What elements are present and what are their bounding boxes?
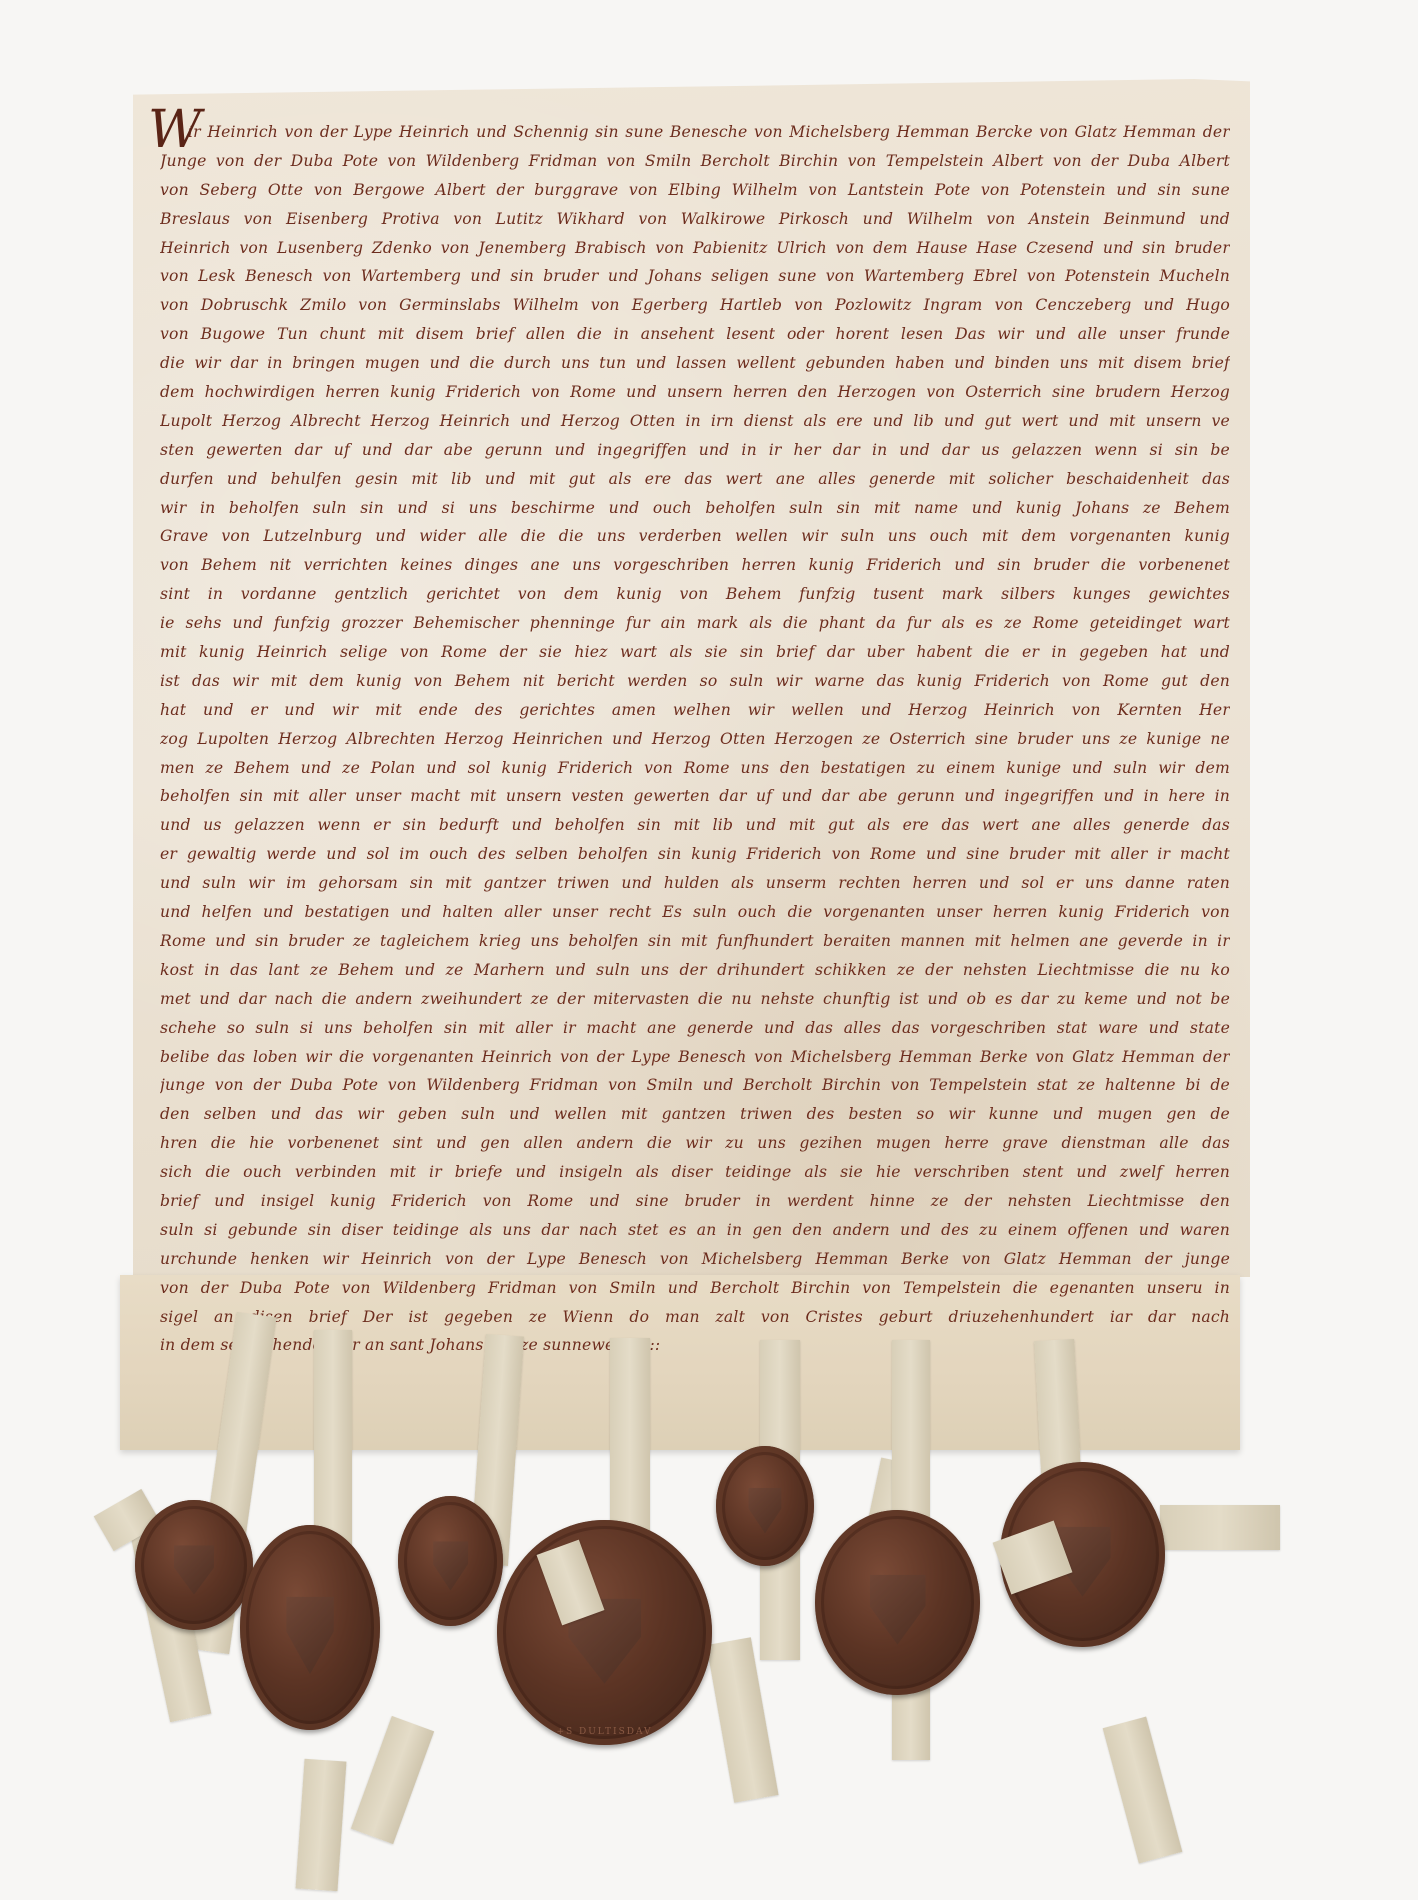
text-line: und helfen und bestatigen und halten all…	[160, 898, 1230, 927]
text-line: den selben und das wir geben suln und we…	[160, 1100, 1230, 1129]
text-line: kost in das lant ze Behem und ze Marhern…	[160, 956, 1230, 985]
text-line: er gewaltig werde und sol im ouch des se…	[160, 840, 1230, 869]
wax-seal-6	[815, 1510, 980, 1695]
text-line: die wir dar in bringen mugen und die dur…	[160, 349, 1230, 378]
text-line: sigel an disen brief Der ist gegeben ze …	[160, 1303, 1230, 1332]
text-line: hat und er und wir mit ende des gerichte…	[160, 696, 1230, 725]
seal-emblem-icon	[433, 1541, 469, 1590]
text-line: Breslaus von Eisenberg Protiva von Lutit…	[160, 205, 1230, 234]
text-line: Heinrich von Lusenberg Zdenko von Jenemb…	[160, 234, 1230, 263]
wax-seal-4: +S DULTISDAV	[497, 1520, 712, 1745]
text-line: ist das wir mit dem kunig von Behem nit …	[160, 667, 1230, 696]
text-line: met und dar nach die andern zweihundert …	[160, 985, 1230, 1014]
text-line: ie sehs und funfzig grozzer Behemischer …	[160, 609, 1230, 638]
text-line: sten gewerten dar uf und dar abe gerunn …	[160, 436, 1230, 465]
text-line: von Seberg Otte von Bergowe Albert der b…	[160, 176, 1230, 205]
text-line: beholfen sin mit aller unser macht mit u…	[160, 782, 1230, 811]
text-line: suln si gebunde sin diser teidinge als u…	[160, 1216, 1230, 1245]
decorated-initial: W	[148, 104, 201, 156]
seal-emblem-icon	[869, 1574, 925, 1644]
wax-seal-2	[240, 1525, 380, 1730]
text-line: von der Duba Pote von Wildenberg Fridman…	[160, 1274, 1230, 1303]
wax-seal-3	[398, 1496, 503, 1626]
text-line: Rome und sin bruder ze tagleichem krieg …	[160, 927, 1230, 956]
text-line: wir in beholfen suln sin und si uns besc…	[160, 494, 1230, 523]
wax-seal-5	[716, 1446, 814, 1566]
seal-emblem-icon	[174, 1545, 214, 1594]
text-line: urchunde henken wir Heinrich von der Lyp…	[160, 1245, 1230, 1274]
text-line: Junge von der Duba Pote von Wildenberg F…	[160, 147, 1230, 176]
text-line: und us gelazzen wenn er sin bedurft und …	[160, 811, 1230, 840]
text-line: brief und insigel kunig Friderich von Ro…	[160, 1187, 1230, 1216]
text-line: von Bugowe Tun chunt mit disem brief all…	[160, 320, 1230, 349]
seal-strip	[1160, 1505, 1280, 1550]
text-line: von Lesk Benesch von Wartemberg und sin …	[160, 262, 1230, 291]
text-line: sich die ouch verbinden mit ir briefe un…	[160, 1158, 1230, 1187]
text-line: belibe das loben wir die vorgenanten Hei…	[160, 1043, 1230, 1072]
text-line: ir Heinrich von der Lype Heinrich und Sc…	[160, 118, 1230, 147]
text-line: men ze Behem und ze Polan und sol kunig …	[160, 754, 1230, 783]
wax-seal-1	[135, 1500, 253, 1630]
text-line: durfen und behulfen gesin mit lib und mi…	[160, 465, 1230, 494]
text-line: schehe so suln si uns beholfen sin mit a…	[160, 1014, 1230, 1043]
text-line: junge von der Duba Pote von Wildenberg F…	[160, 1071, 1230, 1100]
text-line: Grave von Lutzelnburg und wider alle die…	[160, 522, 1230, 551]
text-line: Lupolt Herzog Albrecht Herzog Heinrich u…	[160, 407, 1230, 436]
text-line: hren die hie vorbenenet sint und gen all…	[160, 1129, 1230, 1158]
seal-emblem-icon	[286, 1596, 334, 1674]
text-line: dem hochwirdigen herren kunig Friderich …	[160, 378, 1230, 407]
text-line: von Dobruschk Zmilo von Germinslabs Wilh…	[160, 291, 1230, 320]
charter-text: W ir Heinrich von der Lype Heinrich und …	[160, 118, 1230, 1360]
text-line: und suln wir im gehorsam sin mit gantzer…	[160, 869, 1230, 898]
text-line: von Behem nit verrichten keines dinges a…	[160, 551, 1230, 580]
seal-emblem-icon	[748, 1488, 781, 1534]
text-line: zog Lupolten Herzog Albrechten Herzog He…	[160, 725, 1230, 754]
text-line: mit kunig Heinrich selige von Rome der s…	[160, 638, 1230, 667]
seal-legend: +S DULTISDAV	[497, 1727, 712, 1737]
text-line: sint in vordanne gentzlich gerichtet von…	[160, 580, 1230, 609]
text-lines: ir Heinrich von der Lype Heinrich und Sc…	[160, 118, 1230, 1360]
